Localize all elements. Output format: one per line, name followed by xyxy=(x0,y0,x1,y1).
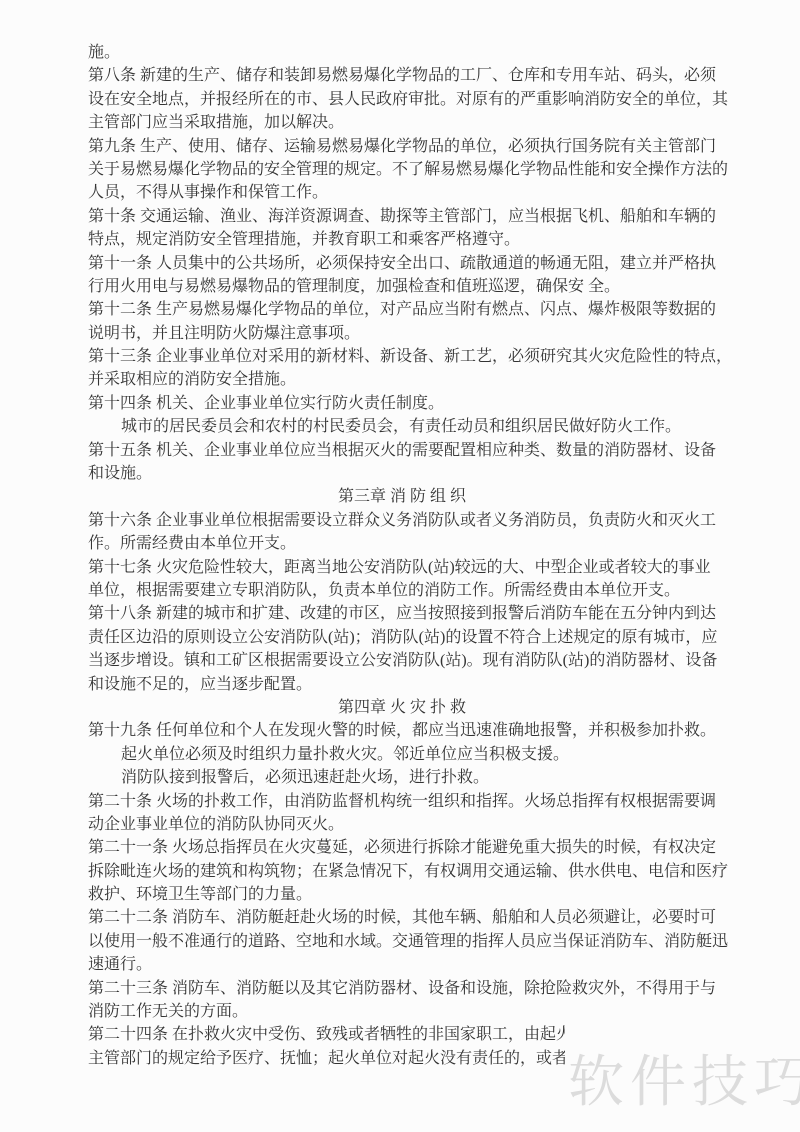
document-line: 以使用一般不准通行的道路、空地和水域。交通管理的指挥人员应当保证消防车、消防艇迅 xyxy=(88,930,716,953)
document-line: 单位，根据需要建立专职消防队，负责本单位的消防工作。所需经费由本单位开支。 xyxy=(88,579,716,602)
document-line: 救护、环境卫生等部门的力量。 xyxy=(88,883,716,906)
document-line: 施。 xyxy=(88,41,716,64)
document-line: 人员，不得从事操作和保管工作。 xyxy=(88,181,716,204)
document-line: 当逐步增设。镇和工矿区根据需要设立公安消防队(站)。现有消防队(站)的消防器材、… xyxy=(88,649,716,672)
document-line: 第十二条 生产易燃易爆化学物品的单位，对产品应当附有燃点、闪点、爆炸极限等数据的 xyxy=(88,298,716,321)
document-line: 第十条 交通运输、渔业、海洋资源调查、勘探等主管部门，应当根据飞机、船舶和车辆的 xyxy=(88,205,716,228)
document-line: 设在安全地点，并报经所在的市、县人民政府审批。对原有的严重影响消防安全的单位，其 xyxy=(88,88,716,111)
document-line: 并采取相应的消防安全措施。 xyxy=(88,368,716,391)
document-line: 第十三条 企业事业单位对采用的新材料、新设备、新工艺，必须研究其火灾危险性的特点… xyxy=(88,345,716,368)
document-line: 城市的居民委员会和农村的村民委员会，有责任动员和组织居民做好防火工作。 xyxy=(88,415,716,438)
document-line: 第二十一条 火场总指挥员在火灾蔓延，必须进行拆除才能避免重大损失的时候，有权决定 xyxy=(88,836,716,859)
document-line: 第十四条 机关、企业事业单位实行防火责任制度。 xyxy=(88,392,716,415)
document-line: 第二十三条 消防车、消防艇以及其它消防器材、设备和设施，除抢险救灾外，不得用于与 xyxy=(88,977,716,1000)
document-line: 作。所需经费由本单位开支。 xyxy=(88,532,716,555)
document-line: 第二十二条 消防车、消防艇赶赴火场的时候，其他车辆、船舶和人员必须避让，必要时可 xyxy=(88,906,716,929)
document-line: 特点，规定消防安全管理措施，并教育职工和乘客严格遵守。 xyxy=(88,228,716,251)
document-line: 起火单位必须及时组织力量扑救火灾。邻近单位应当积极支援。 xyxy=(88,743,716,766)
document-line: 第十八条 新建的城市和扩建、改建的市区，应当按照接到报警后消防车能在五分钟内到达 xyxy=(88,602,716,625)
document-line: 第十七条 火灾危险性较大，距离当地公安消防队(站)较远的大、中型企业或者较大的事… xyxy=(88,556,716,579)
document-line: 第十五条 机关、企业事业单位应当根据灭火的需要配置相应种类、数量的消防器材、设备 xyxy=(88,439,716,462)
watermark-text: 软件技巧 xyxy=(568,1038,800,1118)
document-line: 第十一条 人员集中的公共场所，必须保持安全出口、疏散通道的畅通无阻，建立并严格执 xyxy=(88,252,716,275)
document-line: 和设施。 xyxy=(88,462,716,485)
document-line: 第八条 新建的生产、储存和装卸易燃易爆化学物品的工厂、仓库和专用车站、码头，必须 xyxy=(88,64,716,87)
document-line: 消防队接到报警后，必须迅速赶赴火场，进行扑救。 xyxy=(88,766,716,789)
document-body: 施。第八条 新建的生产、储存和装卸易燃易爆化学物品的工厂、仓库和专用车站、码头，… xyxy=(88,41,716,1070)
document-line: 拆除毗连火场的建筑和构筑物；在紧急情况下，有权调用交通运输、供水供电、电信和医疗 xyxy=(88,860,716,883)
document-line: 第九条 生产、使用、储存、运输易燃易爆化学物品的单位，必须执行国务院有关主管部门 xyxy=(88,135,716,158)
document-line: 动企业事业单位的消防队协同灭火。 xyxy=(88,813,716,836)
watermark-overlay: 软件技巧 xyxy=(565,1016,800,1132)
document-line: 说明书，并且注明防火防爆注意事项。 xyxy=(88,322,716,345)
document-line: 关于易燃易爆化学物品的安全管理的规定。不了解易燃易爆化学物品性能和安全操作方法的 xyxy=(88,158,716,181)
document-line: 第二十条 火场的扑救工作，由消防监督机构统一组织和指挥。火场总指挥有权根据需要调 xyxy=(88,790,716,813)
document-line: 主管部门应当采取措施，加以解决。 xyxy=(88,111,716,134)
chapter-heading: 第三章 消 防 组 织 xyxy=(88,485,716,508)
document-line: 第十九条 任何单位和个人在发现火警的时候，都应当迅速准确地报警，并积极参加扑救。 xyxy=(88,719,716,742)
document-line: 第十六条 企业事业单位根据需要设立群众义务消防队或者义务消防员，负责防火和灭火工 xyxy=(88,509,716,532)
document-line: 责任区边沿的原则设立公安消防队(站)；消防队(站)的设置不符合上述规定的原有城市… xyxy=(88,626,716,649)
document-page: 施。第八条 新建的生产、储存和装卸易燃易爆化学物品的工厂、仓库和专用车站、码头，… xyxy=(0,0,800,1132)
document-line: 速通行。 xyxy=(88,953,716,976)
document-line: 和设施不足的，应当逐步配置。 xyxy=(88,673,716,696)
chapter-heading: 第四章 火 灾 扑 救 xyxy=(88,696,716,719)
document-line: 行用火用电与易燃易爆物品的管理制度，加强检查和值班巡逻，确保安 全。 xyxy=(88,275,716,298)
